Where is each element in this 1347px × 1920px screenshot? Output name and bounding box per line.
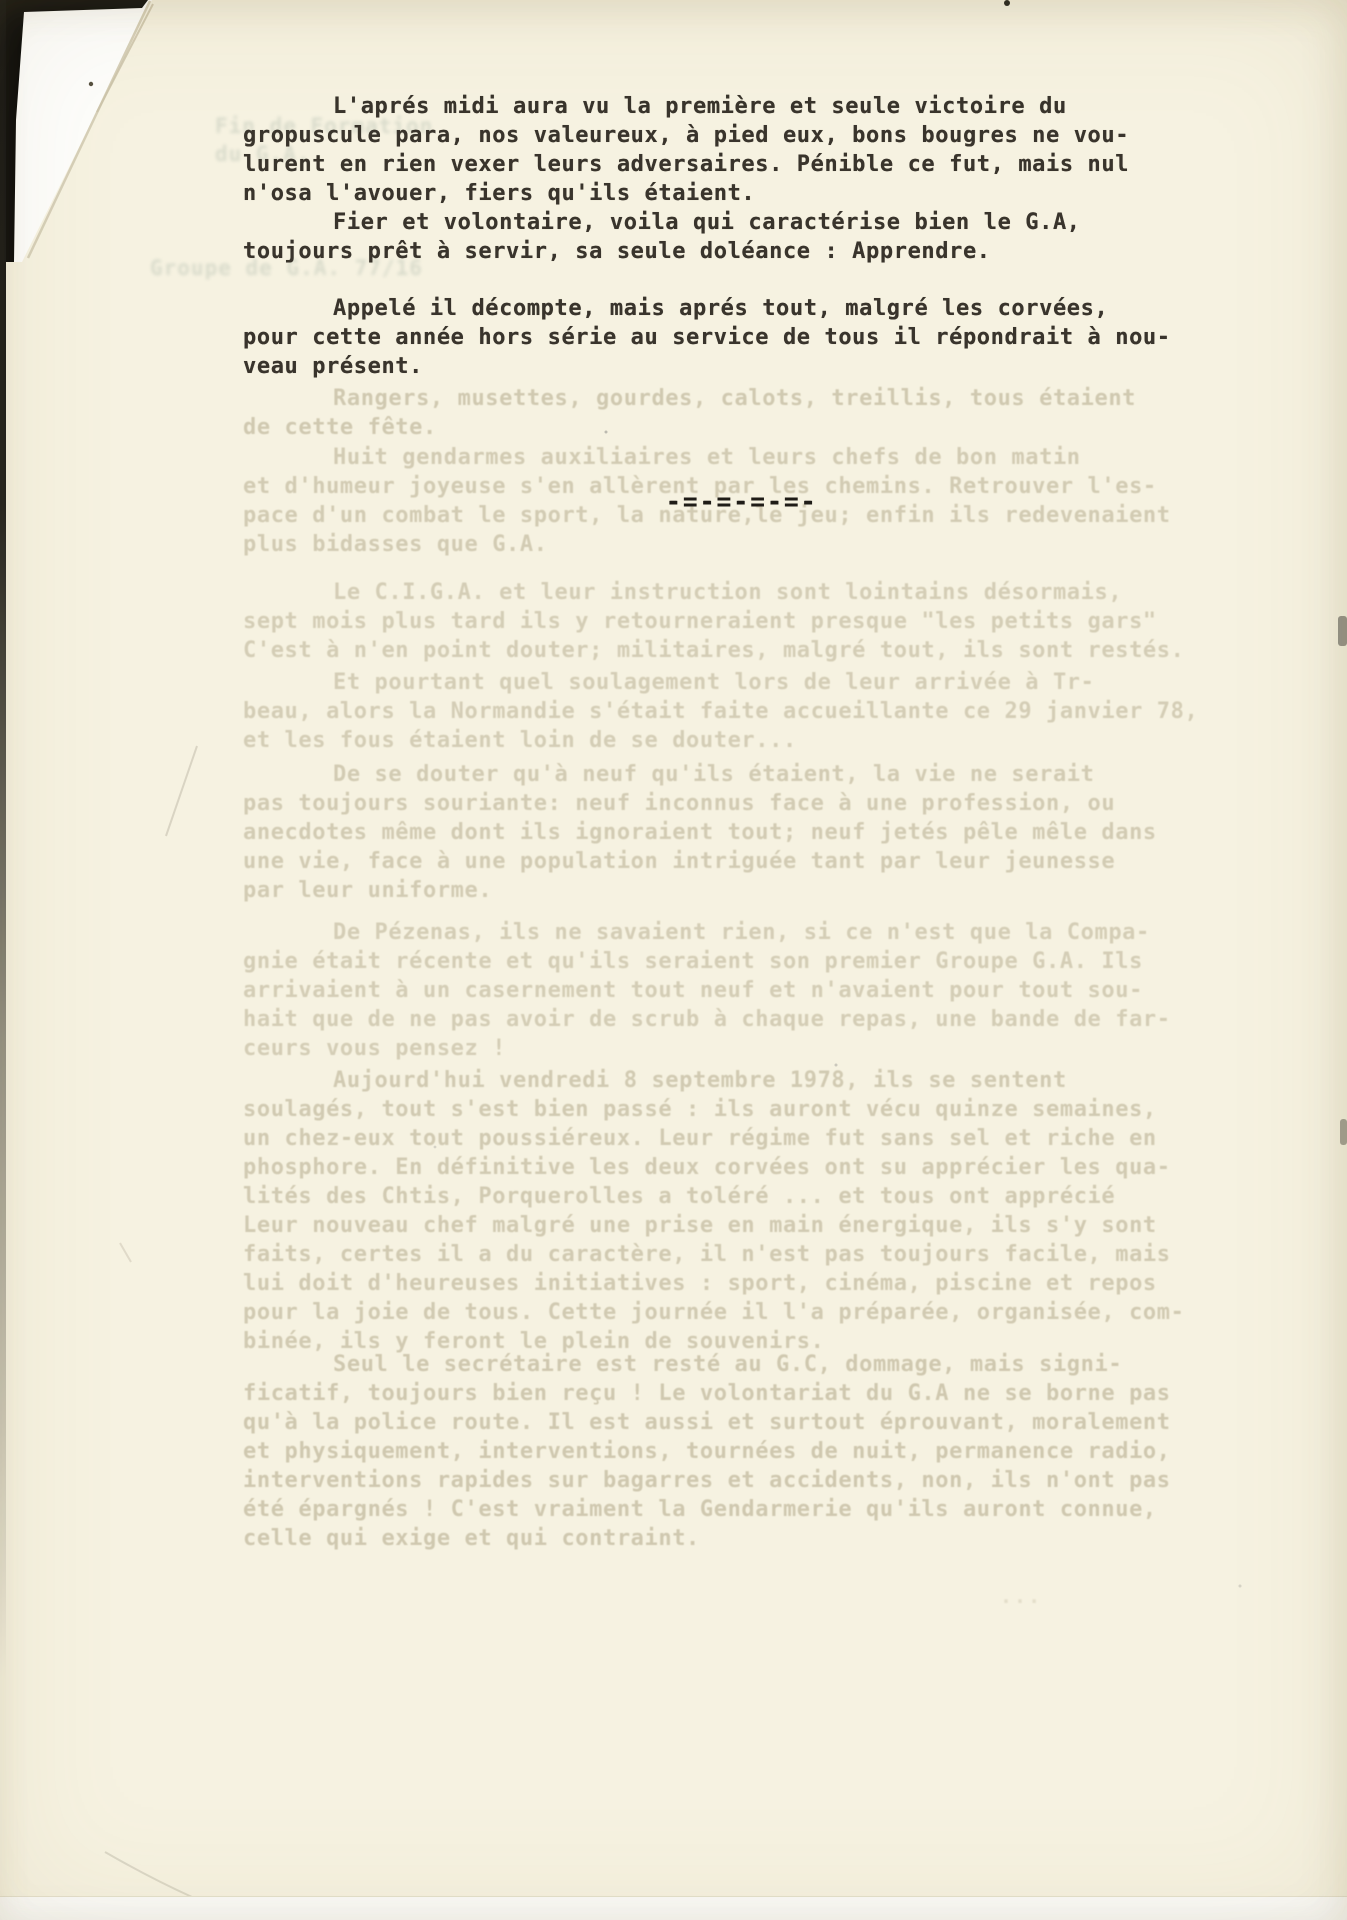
typed-paragraph: Appelé il décompte, mais aprés tout, mal… — [243, 294, 1153, 381]
ghost-paragraph: Seul le secrétaire est resté au G.C, dom… — [243, 1350, 1153, 1553]
section-separator: -=-=-=-=- — [666, 487, 818, 516]
ghost-paragraph: De se douter qu'à neuf qu'ils étaient, l… — [243, 760, 1153, 905]
ghost-paragraph: Le C.I.G.A. et leur instruction sont loi… — [243, 578, 1153, 665]
typed-paragraph: Fier et volontaire, voila qui caractéris… — [243, 208, 1153, 266]
document-content: Fin de Formationdu G.A. Groupe de G.A. 7… — [0, 0, 1347, 1920]
scanned-document-page: Fin de Formationdu G.A. Groupe de G.A. 7… — [0, 0, 1347, 1920]
ghost-paragraph: Rangers, musettes, gourdes, calots, trei… — [243, 384, 1153, 442]
ghost-paragraph: Et pourtant quel soulagement lors de leu… — [243, 668, 1153, 755]
ghost-paragraph: De Pézenas, ils ne savaient rien, si ce … — [243, 918, 1153, 1063]
ghost-paragraph: Aujourd'hui vendredi 8 septembre 1978, i… — [243, 1066, 1153, 1356]
typed-paragraph: L'aprés midi aura vu la première et seul… — [243, 92, 1153, 208]
page-continuation-mark: ... — [1000, 1584, 1042, 1608]
